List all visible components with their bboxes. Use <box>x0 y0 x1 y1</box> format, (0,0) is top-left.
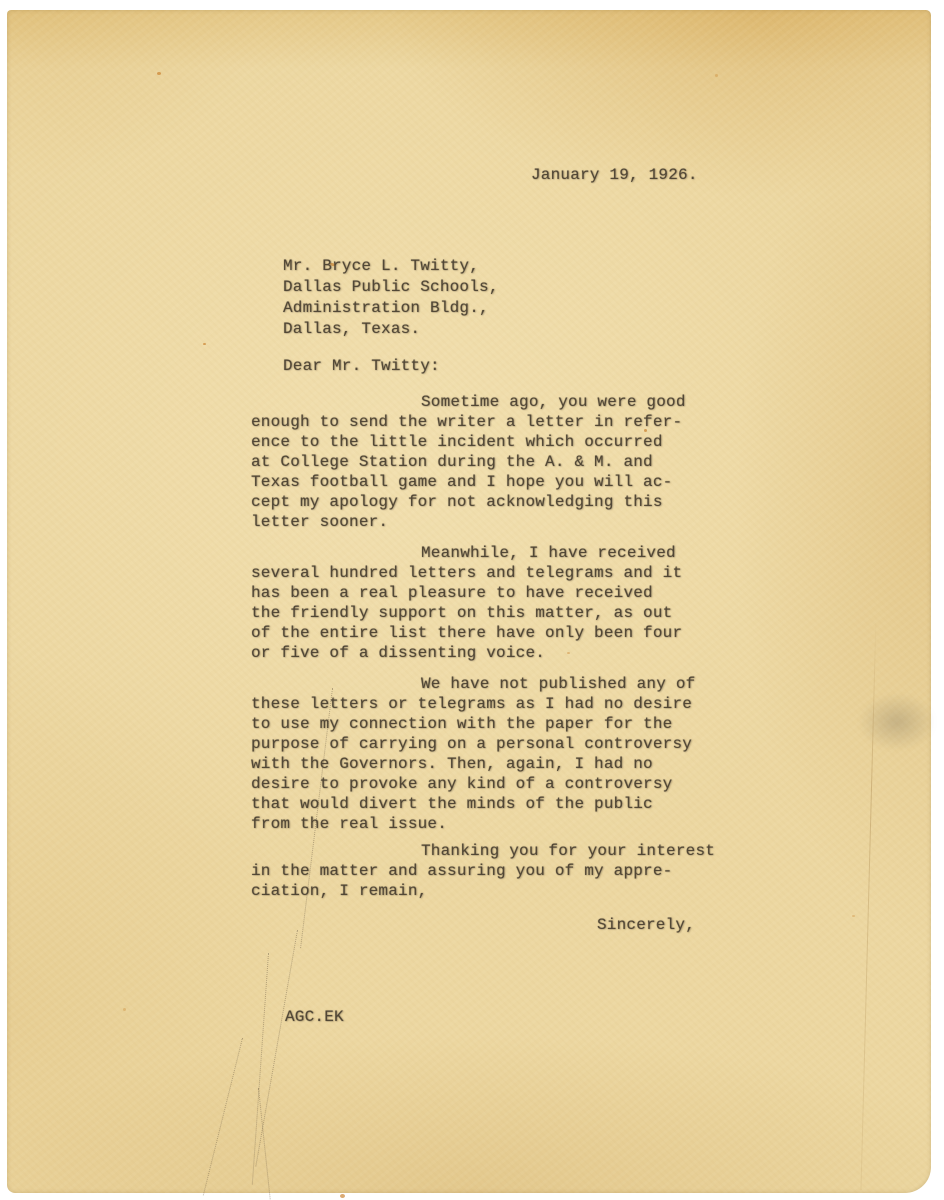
smudge-stain <box>858 693 936 751</box>
closing-sincerely: Sincerely, <box>597 915 695 935</box>
date-line: January 19, 1926. <box>531 165 698 185</box>
paper-speck <box>715 74 718 77</box>
salutation: Dear Mr. Twitty: <box>283 356 440 376</box>
paper-speck <box>203 343 206 345</box>
paper-speck <box>852 915 855 917</box>
paragraph-1: Sometime ago, you were good enough to se… <box>251 392 721 532</box>
scan-background: { "letter": { "date": "January 19, 1926.… <box>0 0 944 1200</box>
typist-initials: AGC.EK <box>285 1007 344 1027</box>
paragraph-4: Thanking you for your interest in the ma… <box>251 841 721 901</box>
paper-speck <box>340 1194 345 1198</box>
recipient-address: Mr. Bryce L. Twitty, Dallas Public Schoo… <box>283 256 499 340</box>
paper-speck <box>123 1008 126 1011</box>
paper-speck <box>157 72 161 75</box>
paragraph-3: We have not published any of these lette… <box>251 674 721 834</box>
paragraph-2: Meanwhile, I have received several hundr… <box>251 543 721 663</box>
